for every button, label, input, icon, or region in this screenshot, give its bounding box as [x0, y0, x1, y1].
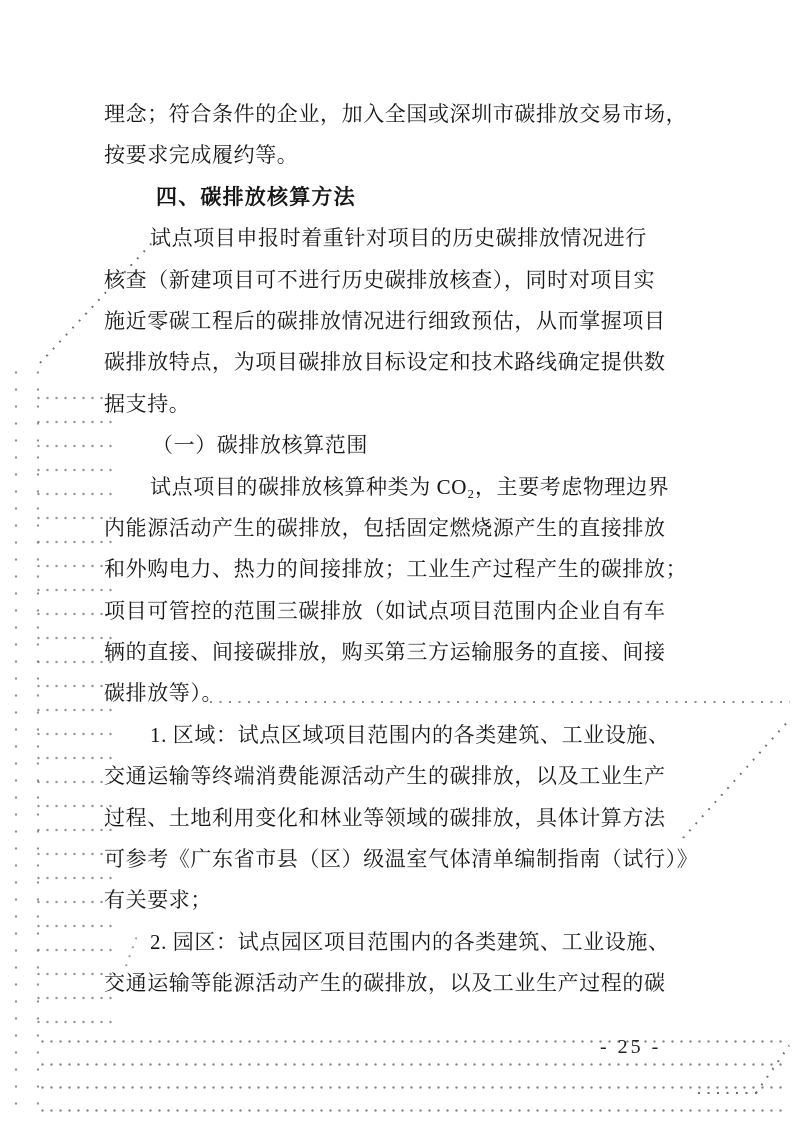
text-line: 辆的直接、间接碳排放，购买第三方运输服务的直接、间接	[104, 632, 690, 673]
page-number: - 25 -	[600, 1036, 661, 1059]
text-line: 过程、土地利用变化和林业等领域的碳排放，具体计算方法	[104, 798, 690, 839]
section-heading: 四、碳排放核算方法	[104, 177, 690, 218]
scan-noise-diagonal-right	[682, 718, 791, 839]
text-line: 和外购电力、热力的间接排放；工业生产过程产生的碳排放；	[104, 549, 690, 590]
text-line: 交通运输等终端消费能源活动产生的碳排放，以及工业生产	[104, 756, 690, 797]
text-line: 核查（新建项目可不进行历史碳排放核查），同时对项目实	[104, 260, 690, 301]
text-line: 交通运输等能源活动产生的碳排放，以及工业生产过程的碳	[104, 963, 690, 1004]
list-item-2-park: 2. 园区：试点园区项目范围内的各类建筑、工业设施、	[104, 922, 690, 963]
text-line: 理念；符合条件的企业，加入全国或深圳市碳排放交易市场，	[104, 94, 690, 135]
text-line: 碳排放等）。	[104, 673, 690, 714]
text-line: 可参考《广东省市县（区）级温室气体清单编制指南（试行）》	[104, 839, 690, 880]
text-line: 项目可管控的范围三碳排放（如试点项目范围内企业自有车	[104, 591, 690, 632]
text-line: 按要求完成履约等。	[104, 135, 690, 176]
text-line: 碳排放特点，为项目碳排放目标设定和技术路线确定提供数	[104, 342, 690, 383]
scan-noise-bottom-right-row	[698, 1092, 760, 1094]
text-line: 有关要求；	[104, 880, 690, 921]
document-body: 理念；符合条件的企业，加入全国或深圳市碳排放交易市场， 按要求完成履约等。 四、…	[104, 94, 690, 1005]
subsection-heading: （一）碳排放核算范围	[104, 425, 690, 466]
text-line: 据支持。	[104, 384, 690, 425]
text-line: 内能源活动产生的碳排放，包括固定燃烧源产生的直接排放	[104, 508, 690, 549]
text-line: 试点项目申报时着重针对项目的历史碳排放情况进行	[104, 218, 690, 259]
text-line: 施近零碳工程后的碳排放情况进行细致预估，从而掌握项目	[104, 301, 690, 342]
scanned-document-page: { "doc": { "lines": [ "理念；符合条件的企业，加入全国或深…	[0, 0, 794, 1123]
scan-noise-bottom-dot-rows	[38, 1030, 786, 1120]
scan-noise-left-dot-columns	[5, 364, 39, 1118]
scan-noise-diagonal-bottom-right	[755, 1045, 790, 1094]
text-line: 试点项目的碳排放核算种类为 CO₂，主要考虑物理边界	[104, 467, 690, 508]
list-item-1-region: 1. 区域：试点区域项目范围内的各类建筑、工业设施、	[104, 715, 690, 756]
